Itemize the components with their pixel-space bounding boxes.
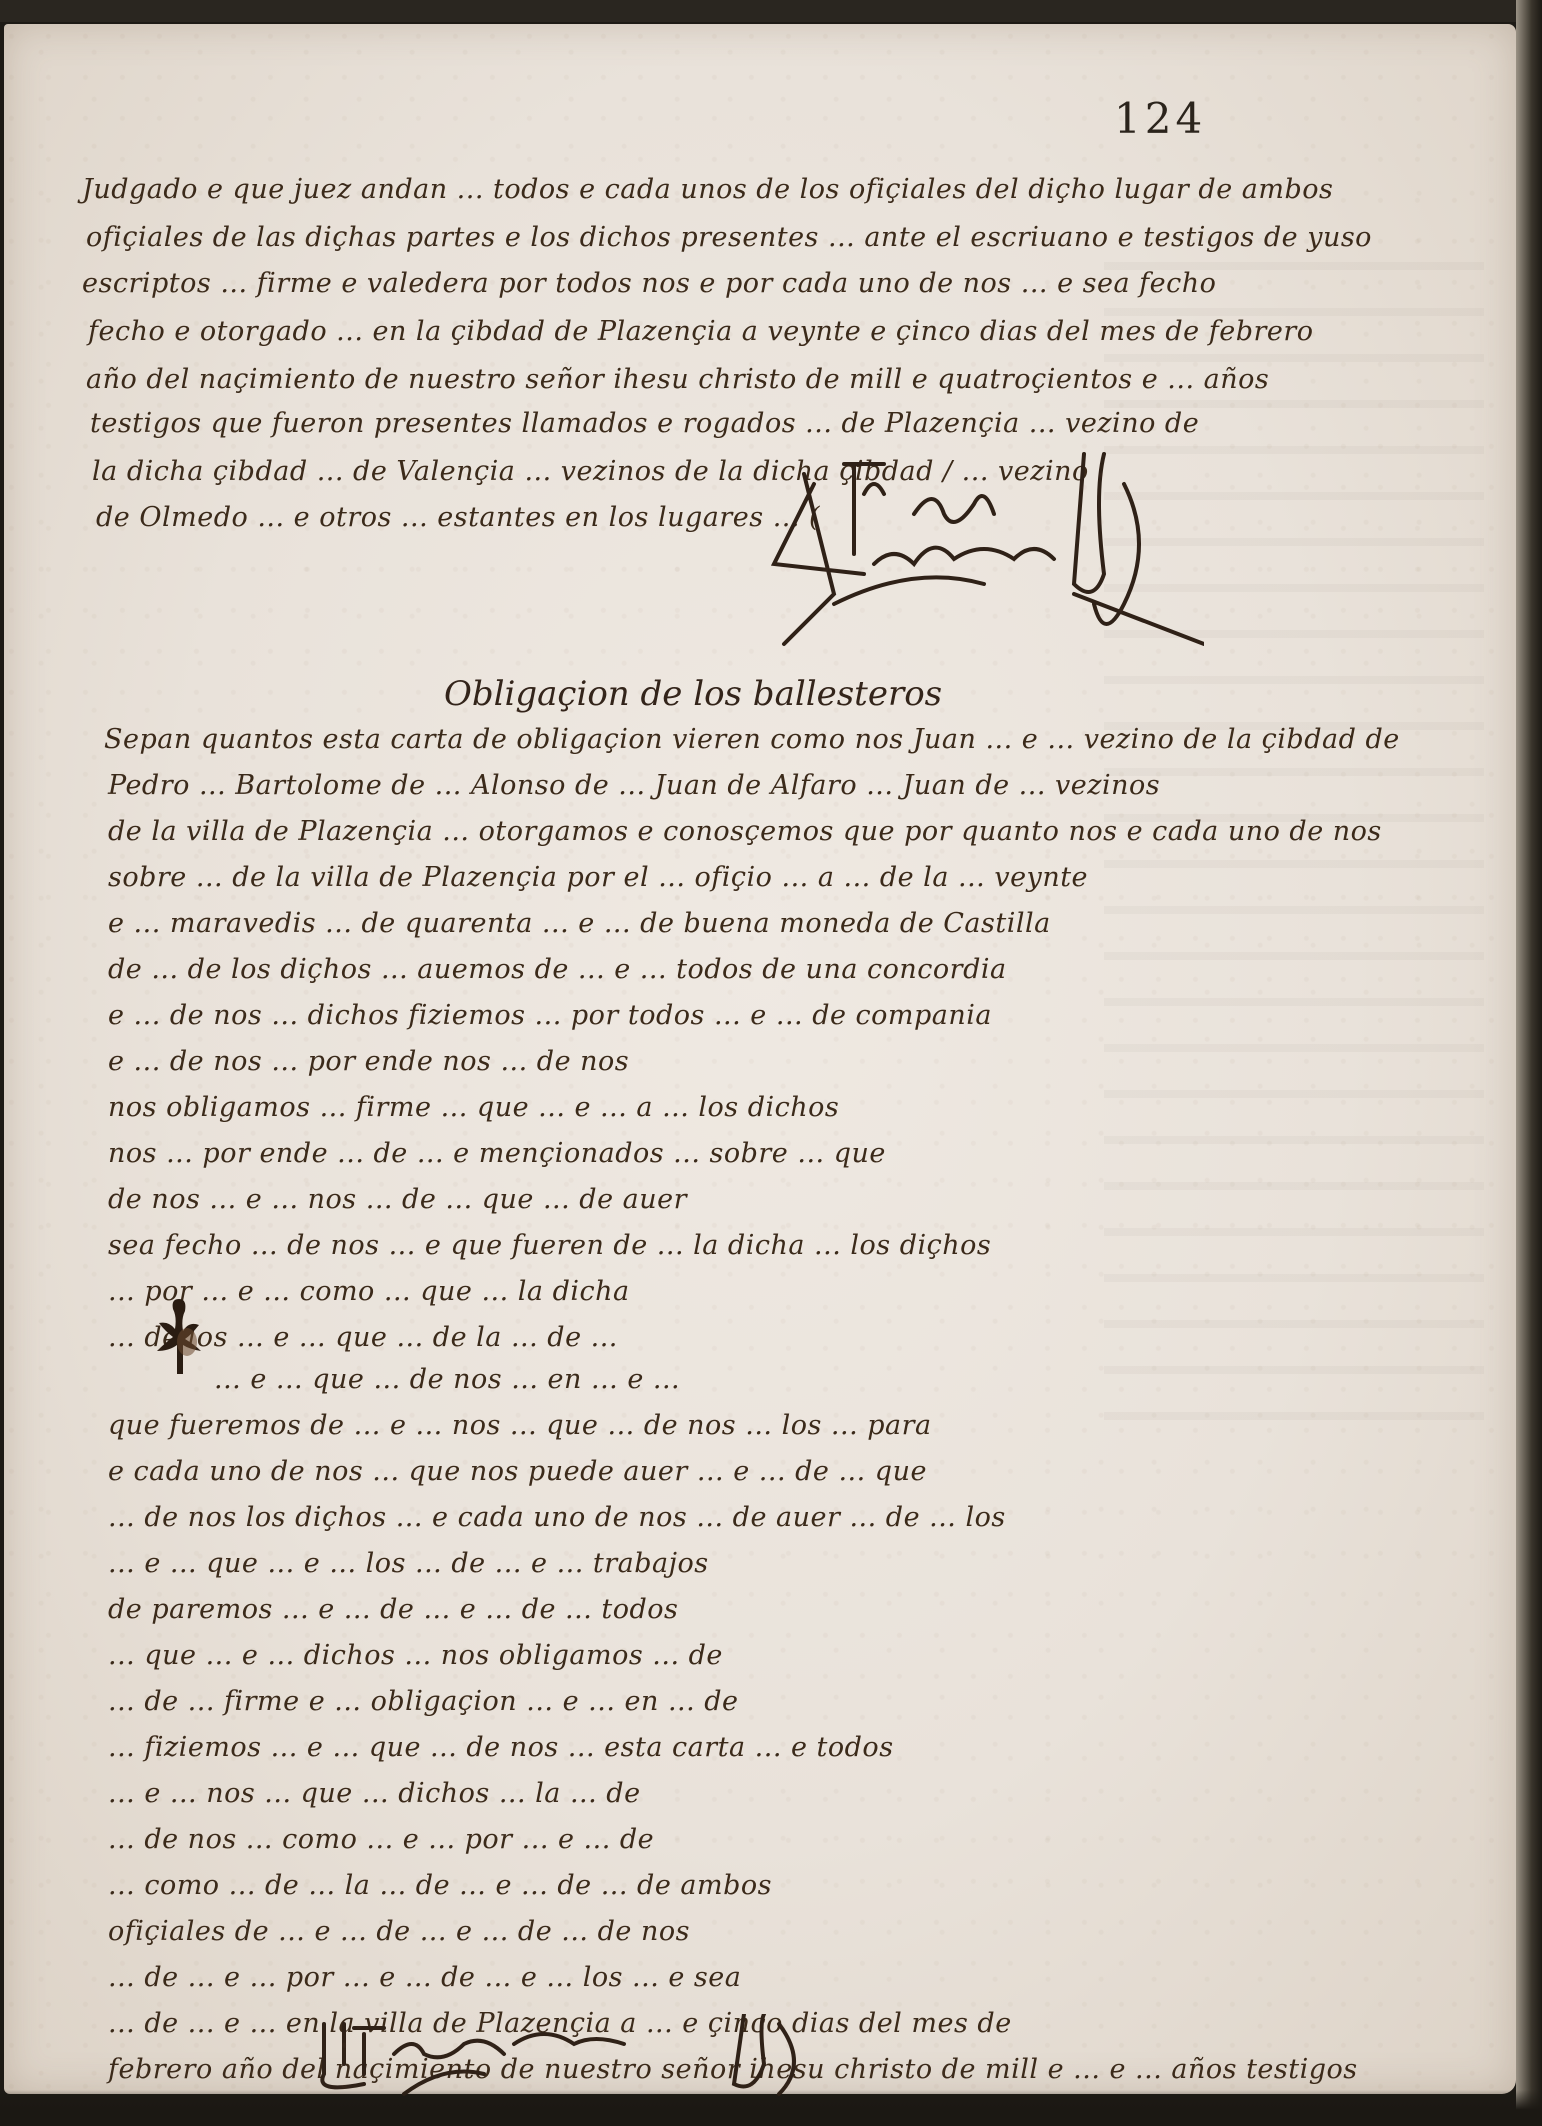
text-line: ofiçiales de las diçhas partes e los dic… xyxy=(86,222,1372,253)
text-line: ... como ... de ... la ... de ... e ... … xyxy=(108,1870,772,1901)
text-line: e cada uno de nos ... que nos puede auer… xyxy=(108,1456,927,1487)
text-line: Pedro ... Bartolome de ... Alonso de ...… xyxy=(108,770,1160,801)
text-line: ... e ... que ... de nos ... en ... e ..… xyxy=(214,1364,680,1395)
text-line: ... e ... nos ... que ... dichos ... la … xyxy=(108,1778,641,1809)
text-line: de la villa de Plazençia ... otorgamos e… xyxy=(108,816,1382,847)
text-line: ... de nos ... como ... e ... por ... e … xyxy=(108,1824,654,1855)
section-heading: Obligaçion de los ballesteros xyxy=(444,674,942,714)
text-line: e ... de nos ... por ende nos ... de nos xyxy=(108,1046,629,1077)
text-line: de nos ... e ... nos ... de ... que ... … xyxy=(108,1184,687,1215)
text-line: de ... de los diçhos ... auemos de ... e… xyxy=(108,954,1007,985)
text-line: ... de nos los diçhos ... e cada uno de … xyxy=(108,1502,1006,1533)
text-line: año del naçimiento de nuestro señor ihes… xyxy=(86,364,1269,395)
page-edge-right xyxy=(1516,0,1542,2126)
text-line: Judgado e que juez andan ... todos e cad… xyxy=(82,174,1333,205)
notary-signature-top xyxy=(744,444,1204,684)
text-line: ... de ... e ... por ... e ... de ... e … xyxy=(108,1962,741,1993)
text-line: escriptos ... firme e valedera por todos… xyxy=(82,268,1216,299)
text-line: ... que ... e ... dichos ... nos obligam… xyxy=(108,1640,723,1671)
text-line: sea fecho ... de nos ... e que fueren de… xyxy=(108,1230,991,1261)
text-line: e ... de nos ... dichos fiziemos ... por… xyxy=(108,1000,992,1031)
text-line: ... de ... firme e ... obligaçion ... e … xyxy=(108,1686,739,1717)
text-line: sobre ... de la villa de Plazençia por e… xyxy=(108,862,1088,893)
text-line: ofiçiales de ... e ... de ... e ... de .… xyxy=(108,1916,690,1947)
page-edge-bottom xyxy=(0,2090,1542,2126)
text-line: ... fiziemos ... e ... que ... de nos ..… xyxy=(108,1732,894,1763)
text-line: Sepan quantos esta carta de obligaçion v… xyxy=(104,724,1400,755)
text-line: fecho e otorgado ... en la çibdad de Pla… xyxy=(88,316,1314,347)
margin-mark-icon xyxy=(149,1294,209,1374)
text-line: de Olmedo ... e otros ... estantes en lo… xyxy=(96,502,820,533)
text-line: ... e ... que ... e ... los ... de ... e… xyxy=(108,1548,709,1579)
text-line: nos obligamos ... firme ... que ... e ..… xyxy=(108,1092,839,1123)
parchment-page: 124 Judgado e que juez andan ... todos e… xyxy=(4,24,1516,2094)
text-line: de paremos ... e ... de ... e ... de ...… xyxy=(108,1594,678,1625)
text-line: testigos que fueron presentes llamados e… xyxy=(90,408,1199,439)
folio-number: 124 xyxy=(1114,94,1206,143)
text-line: que fueremos de ... e ... nos ... que ..… xyxy=(108,1410,932,1441)
manuscript-scan: 124 Judgado e que juez andan ... todos e… xyxy=(0,0,1542,2126)
text-line: e ... maravedis ... de quarenta ... e ..… xyxy=(108,908,1051,939)
text-line: nos ... por ende ... de ... e mençionado… xyxy=(108,1138,886,1169)
